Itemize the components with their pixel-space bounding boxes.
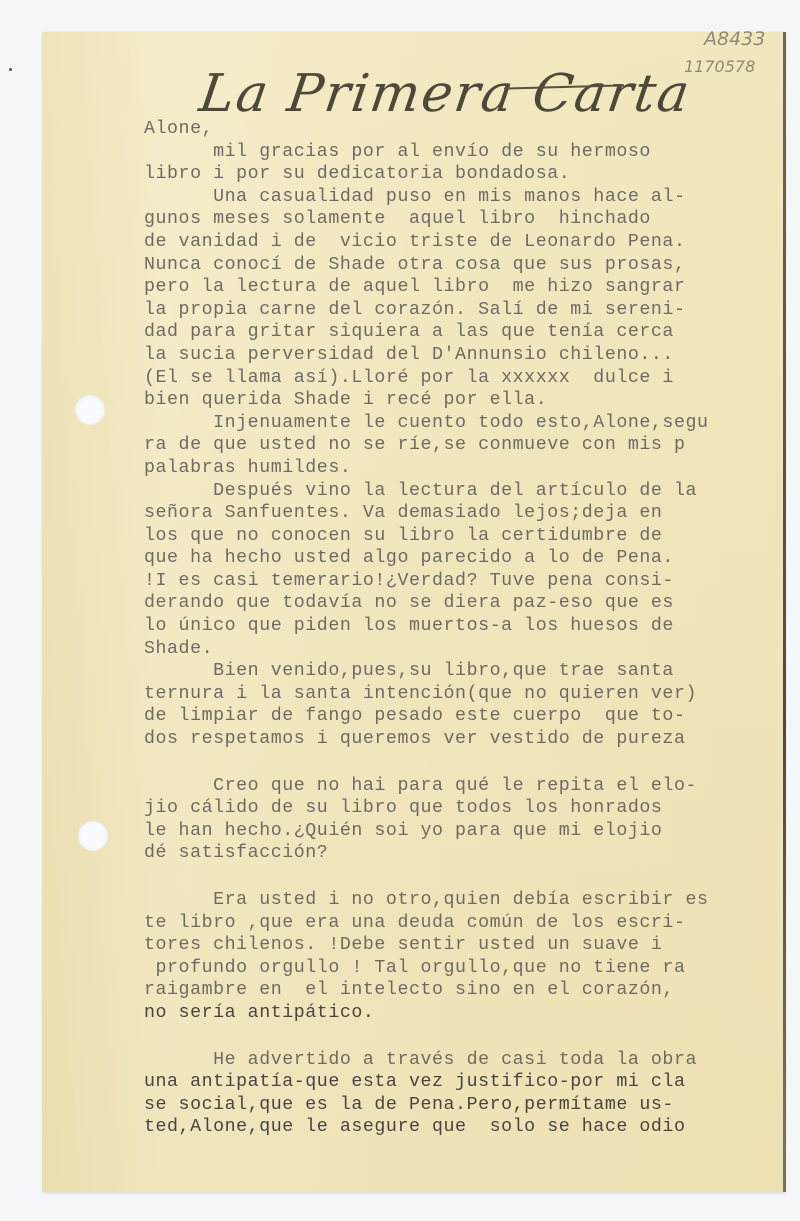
scanned-page: La Primera Carta A8433 1170578 Alone, mi…	[0, 0, 800, 1221]
text-line: Shade.	[144, 638, 784, 661]
text-line: la propia carne del corazón. Salí de mi …	[144, 299, 784, 322]
text-line: libro i por su dedicatoria bondadosa.	[144, 163, 784, 186]
text-line: Alone,	[144, 118, 784, 141]
typewritten-body: Alone, mil gracias por al envío de su he…	[144, 118, 784, 1139]
text-line: Era usted i no otro,quien debía escribir…	[144, 889, 784, 912]
text-line: palabras humildes.	[144, 457, 784, 480]
text-line: te libro ,que era una deuda común de los…	[144, 912, 784, 935]
text-line: dad para gritar siquiera a las que tenía…	[144, 321, 784, 344]
text-line: !I es casi temerario!¿Verdad? Tuve pena …	[144, 570, 784, 593]
blank-line	[144, 751, 784, 775]
archive-number: 1170578	[684, 57, 755, 76]
text-line: Bien venido,pues,su libro,que trae santa	[144, 660, 784, 683]
letter-paper: La Primera Carta A8433 1170578 Alone, mi…	[42, 32, 784, 1192]
text-line: Después vino la lectura del artículo de …	[144, 480, 784, 503]
blank-line	[144, 865, 784, 889]
text-line: de vanidad i de vicio triste de Leonardo…	[144, 231, 784, 254]
text-line: raigambre en el intelecto sino en el cor…	[144, 979, 784, 1002]
text-line: dos respetamos i queremos ver vestido de…	[144, 728, 784, 751]
text-line: derando que todavía no se diera paz-eso …	[144, 592, 784, 615]
punch-hole	[75, 395, 105, 425]
text-line: He advertido a través de casi toda la ob…	[144, 1049, 784, 1072]
text-line: ra de que usted no se ríe,se conmueve co…	[144, 434, 784, 457]
text-line: tores chilenos. !Debe sentir usted un su…	[144, 934, 784, 957]
text-line: Nunca conocí de Shade otra cosa que sus …	[144, 254, 784, 277]
text-line: (El se llama así).Lloré por la xxxxxx du…	[144, 367, 784, 390]
text-line: ted,Alone,que le asegure que solo se hac…	[144, 1116, 784, 1139]
scan-speck	[9, 68, 12, 71]
text-line: lo único que piden los muertos-a los hue…	[144, 615, 784, 638]
text-line: señora Sanfuentes. Va demasiado lejos;de…	[144, 502, 784, 525]
text-line: se social,que es la de Pena.Pero,permíta…	[144, 1094, 784, 1117]
archive-number: A8433	[704, 28, 765, 50]
text-line: que ha hecho usted algo parecido a lo de…	[144, 547, 784, 570]
text-line: Una casualidad puso en mis manos hace al…	[144, 186, 784, 209]
blank-line	[144, 1025, 784, 1049]
text-line: Injenuamente le cuento todo esto,Alone,s…	[144, 412, 784, 435]
text-line: Creo que no hai para qué le repita el el…	[144, 775, 784, 798]
text-line: una antipatía-que esta vez justifico-por…	[144, 1071, 784, 1094]
text-line: de limpiar de fango pesado este cuerpo q…	[144, 705, 784, 728]
text-line: mil gracias por al envío de su hermoso	[144, 141, 784, 164]
punch-hole	[78, 821, 108, 851]
text-line: pero la lectura de aquel libro me hizo s…	[144, 276, 784, 299]
text-line: los que no conocen su libro la certidumb…	[144, 525, 784, 548]
handwritten-title: La Primera Carta	[196, 64, 695, 124]
text-line: dé satisfacción?	[144, 842, 784, 865]
text-line: la sucia perversidad del D'Annunsio chil…	[144, 344, 784, 367]
text-line: gunos meses solamente aquel libro hincha…	[144, 208, 784, 231]
text-line: ternura i la santa intención(que no quie…	[144, 683, 784, 706]
text-line: le han hecho.¿Quién soi yo para que mi e…	[144, 820, 784, 843]
text-line: profundo orgullo ! Tal orgullo,que no ti…	[144, 957, 784, 980]
text-line: bien querida Shade i recé por ella.	[144, 389, 784, 412]
text-line: jio cálido de su libro que todos los hon…	[144, 797, 784, 820]
text-line: no sería antipático.	[144, 1002, 784, 1025]
